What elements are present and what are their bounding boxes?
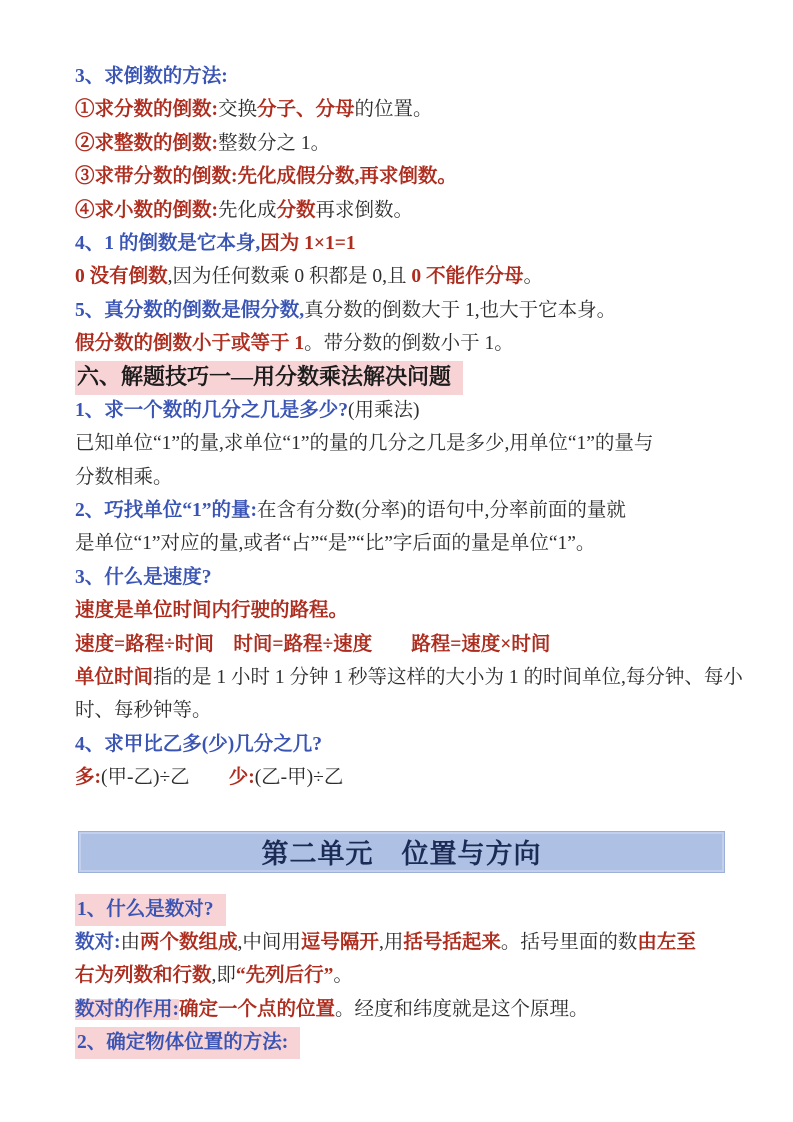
text-segment: 少: bbox=[229, 767, 255, 788]
text-segment bbox=[214, 634, 234, 655]
text-segment: 再求倒数。 bbox=[316, 200, 414, 221]
text-line: ③求带分数的倒数:先化成假分数,再求倒数。 bbox=[75, 160, 743, 193]
text-segment: 在含有分数(分率)的语句中,分率前面的量就 bbox=[257, 500, 626, 521]
line-content: 4、1 的倒数是它本身,因为 1×1=1 bbox=[75, 227, 356, 260]
text-line: 单位时间指的是 1 小时 1 分钟 1 秒等这样的大小为 1 的时间单位,每分钟… bbox=[75, 661, 743, 694]
text-segment: 指的是 1 小时 1 分钟 1 秒等这样的大小为 1 的时间单位,每分钟、每小 bbox=[153, 667, 743, 688]
text-line: ④求小数的倒数:先化成分数再求倒数。 bbox=[75, 194, 743, 227]
text-segment: 0 没有倒数 bbox=[75, 266, 168, 287]
text-segment: 路程=速度×时间 bbox=[411, 634, 550, 655]
text-segment: 整数分之 1。 bbox=[218, 133, 330, 154]
line-content: 0 没有倒数,因为任何数乘 0 积都是 0,且 0 不能作分母。 bbox=[75, 260, 543, 293]
text-segment: 右为列数和行数 bbox=[75, 965, 212, 986]
notes-section-unit2-position: 1、什么是数对?数对:由两个数组成,中间用逗号隔开,用括号括起来。括号里面的数由… bbox=[75, 893, 743, 1060]
text-segment: 多: bbox=[75, 767, 101, 788]
line-content: 1、求一个数的几分之几是多少?(用乘法) bbox=[75, 394, 420, 427]
text-line: 右为列数和行数,即“先列后行”。 bbox=[75, 959, 743, 992]
text-line: 0 没有倒数,因为任何数乘 0 积都是 0,且 0 不能作分母。 bbox=[75, 260, 743, 293]
text-line: 多:(甲-乙)÷乙 少:(乙-甲)÷乙 bbox=[75, 761, 743, 794]
text-segment: 单位时间 bbox=[75, 667, 153, 688]
text-line: 已知单位“1”的量,求单位“1”的量的几分之几是多少,用单位“1”的量与 bbox=[75, 427, 743, 460]
text-segment: 由左至 bbox=[637, 932, 696, 953]
text-segment: 先化成 bbox=[218, 200, 277, 221]
text-segment: 3、求倒数的方法: bbox=[75, 66, 228, 87]
document-content: 3、求倒数的方法:①求分数的倒数:交换分子、分母的位置。②求整数的倒数:整数分之… bbox=[0, 0, 793, 1060]
text-line: 六、解题技巧一—用分数乘法解决问题 bbox=[75, 361, 743, 394]
text-segment: “先列后行” bbox=[236, 965, 334, 986]
text-segment: ,中间用 bbox=[238, 932, 301, 953]
text-line: 2、确定物体位置的方法: bbox=[75, 1026, 743, 1059]
text-segment: ③求带分数的倒数:先化成假分数,再求倒数。 bbox=[75, 166, 457, 187]
text-line: 数对:由两个数组成,中间用逗号隔开,用括号括起来。括号里面的数由左至 bbox=[75, 926, 743, 959]
line-content: 右为列数和行数,即“先列后行”。 bbox=[75, 959, 353, 992]
text-segment: 2、巧找单位“1”的量: bbox=[75, 500, 257, 521]
line-content: 2、巧找单位“1”的量:在含有分数(分率)的语句中,分率前面的量就 bbox=[75, 494, 626, 527]
text-line: 4、1 的倒数是它本身,因为 1×1=1 bbox=[75, 227, 743, 260]
text-segment: ,因为任何数乘 0 积都是 0,且 bbox=[168, 266, 412, 287]
text-segment: 。 bbox=[524, 266, 544, 287]
text-line: 1、求一个数的几分之几是多少?(用乘法) bbox=[75, 394, 743, 427]
document-page: 3、求倒数的方法:①求分数的倒数:交换分子、分母的位置。②求整数的倒数:整数分之… bbox=[0, 0, 793, 1122]
text-segment: ,用 bbox=[379, 932, 403, 953]
text-line: 数对的作用:确定一个点的位置。经度和纬度就是这个原理。 bbox=[75, 993, 743, 1026]
text-segment: 5、真分数的倒数是假分数, bbox=[75, 300, 304, 321]
text-line: 2、巧找单位“1”的量:在含有分数(分率)的语句中,分率前面的量就 bbox=[75, 494, 743, 527]
text-segment: 时、每秒钟等。 bbox=[75, 700, 212, 721]
text-line: 4、求甲比乙多(少)几分之几? bbox=[75, 728, 743, 761]
text-segment: 六、解题技巧一—用分数乘法解决问题 bbox=[77, 364, 451, 389]
text-segment: (乙-甲)÷乙 bbox=[255, 767, 344, 788]
text-segment: ②求整数的倒数: bbox=[75, 133, 218, 154]
text-segment: 是单位“1”对应的量,或者“占”“是”“比”字后面的量是单位“1”。 bbox=[75, 533, 595, 554]
line-content: ③求带分数的倒数:先化成假分数,再求倒数。 bbox=[75, 160, 457, 193]
text-segment: 分数相乘。 bbox=[75, 467, 173, 488]
notes-section-unit1-fractions: 3、求倒数的方法:①求分数的倒数:交换分子、分母的位置。②求整数的倒数:整数分之… bbox=[75, 60, 743, 795]
text-segment bbox=[372, 634, 411, 655]
text-segment: 3、什么是速度? bbox=[75, 567, 212, 588]
text-segment: 1、求一个数的几分之几是多少? bbox=[75, 400, 348, 421]
text-segment: 。括号里面的数 bbox=[501, 932, 638, 953]
text-line: ①求分数的倒数:交换分子、分母的位置。 bbox=[75, 93, 743, 126]
line-content: 是单位“1”对应的量,或者“占”“是”“比”字后面的量是单位“1”。 bbox=[75, 527, 595, 560]
text-segment: (用乘法) bbox=[348, 400, 420, 421]
text-segment: 已知单位“1”的量,求单位“1”的量的几分之几是多少,用单位“1”的量与 bbox=[75, 433, 653, 454]
text-segment: 假分数的倒数小于或等于 1 bbox=[75, 333, 304, 354]
line-content: 已知单位“1”的量,求单位“1”的量的几分之几是多少,用单位“1”的量与 bbox=[75, 427, 653, 460]
line-content: 3、求倒数的方法: bbox=[75, 60, 228, 93]
line-content: 4、求甲比乙多(少)几分之几? bbox=[75, 728, 322, 761]
text-line: 是单位“1”对应的量,或者“占”“是”“比”字后面的量是单位“1”。 bbox=[75, 527, 743, 560]
text-line: 3、求倒数的方法: bbox=[75, 60, 743, 93]
text-line: 3、什么是速度? bbox=[75, 561, 743, 594]
text-segment: ,即 bbox=[212, 965, 236, 986]
text-segment: 。带分数的倒数小于 1。 bbox=[304, 333, 514, 354]
text-segment: 确定一个点的位置 bbox=[179, 999, 335, 1020]
highlighted-heading: 1、什么是数对? bbox=[75, 894, 226, 926]
text-line: 时、每秒钟等。 bbox=[75, 694, 743, 727]
text-segment: 的位置。 bbox=[355, 99, 433, 120]
text-segment: 。经度和纬度就是这个原理。 bbox=[335, 999, 589, 1020]
text-line: 5、真分数的倒数是假分数,真分数的倒数大于 1,也大于它本身。 bbox=[75, 294, 743, 327]
text-segment: 分子、分母 bbox=[257, 99, 355, 120]
text-segment: 交换 bbox=[218, 99, 257, 120]
line-content: 假分数的倒数小于或等于 1。带分数的倒数小于 1。 bbox=[75, 327, 514, 360]
text-segment: 逗号隔开 bbox=[301, 932, 379, 953]
unit-banner: 第二单元 位置与方向 bbox=[78, 831, 725, 873]
highlighted-heading: 2、确定物体位置的方法: bbox=[75, 1027, 300, 1059]
text-segment: 由 bbox=[121, 932, 141, 953]
text-segment: 4、求甲比乙多(少)几分之几? bbox=[75, 734, 322, 755]
text-segment: 4、1 的倒数是它本身, bbox=[75, 233, 260, 254]
text-segment: ①求分数的倒数: bbox=[75, 99, 218, 120]
line-content: 5、真分数的倒数是假分数,真分数的倒数大于 1,也大于它本身。 bbox=[75, 294, 616, 327]
line-content: 3、什么是速度? bbox=[75, 561, 212, 594]
text-segment: 数对的作用: bbox=[75, 999, 179, 1020]
text-segment: 速度=路程÷时间 bbox=[75, 634, 214, 655]
text-segment: 。 bbox=[333, 965, 353, 986]
text-line: 假分数的倒数小于或等于 1。带分数的倒数小于 1。 bbox=[75, 327, 743, 360]
text-segment: 分数 bbox=[277, 200, 316, 221]
text-segment: 真分数的倒数大于 1,也大于它本身。 bbox=[304, 300, 616, 321]
text-line: 速度是单位时间内行驶的路程。 bbox=[75, 594, 743, 627]
text-segment: 时间=路程÷速度 bbox=[233, 634, 372, 655]
line-content: 时、每秒钟等。 bbox=[75, 694, 212, 727]
text-line: 分数相乘。 bbox=[75, 461, 743, 494]
unit-banner-title: 第二单元 位置与方向 bbox=[262, 832, 542, 871]
line-content: 数对:由两个数组成,中间用逗号隔开,用括号括起来。括号里面的数由左至 bbox=[75, 926, 696, 959]
line-content: 分数相乘。 bbox=[75, 461, 173, 494]
line-content: ④求小数的倒数:先化成分数再求倒数。 bbox=[75, 194, 413, 227]
line-content: 单位时间指的是 1 小时 1 分钟 1 秒等这样的大小为 1 的时间单位,每分钟… bbox=[75, 661, 743, 694]
text-segment: 数对: bbox=[75, 932, 121, 953]
text-segment: 两个数组成 bbox=[140, 932, 238, 953]
text-line: 速度=路程÷时间 时间=路程÷速度 路程=速度×时间 bbox=[75, 628, 743, 661]
highlighted-heading: 六、解题技巧一—用分数乘法解决问题 bbox=[75, 361, 463, 395]
line-content: ①求分数的倒数:交换分子、分母的位置。 bbox=[75, 93, 433, 126]
line-content: 多:(甲-乙)÷乙 少:(乙-甲)÷乙 bbox=[75, 761, 343, 794]
text-segment: 括号括起来 bbox=[403, 932, 501, 953]
line-content: 速度是单位时间内行驶的路程。 bbox=[75, 594, 348, 627]
text-segment: 0 不能作分母 bbox=[411, 266, 523, 287]
text-segment: 2、确定物体位置的方法: bbox=[77, 1032, 288, 1053]
line-content: 速度=路程÷时间 时间=路程÷速度 路程=速度×时间 bbox=[75, 628, 550, 661]
text-segment: 1、什么是数对? bbox=[77, 899, 214, 920]
text-segment: 速度是单位时间内行驶的路程。 bbox=[75, 600, 348, 621]
text-segment: (甲-乙)÷乙 bbox=[101, 767, 229, 788]
line-content: 数对的作用:确定一个点的位置。经度和纬度就是这个原理。 bbox=[75, 993, 589, 1026]
text-line: 1、什么是数对? bbox=[75, 893, 743, 926]
text-segment: 因为 1×1=1 bbox=[260, 233, 355, 254]
text-segment: ④求小数的倒数: bbox=[75, 200, 218, 221]
line-content: ②求整数的倒数:整数分之 1。 bbox=[75, 127, 330, 160]
text-line: ②求整数的倒数:整数分之 1。 bbox=[75, 127, 743, 160]
